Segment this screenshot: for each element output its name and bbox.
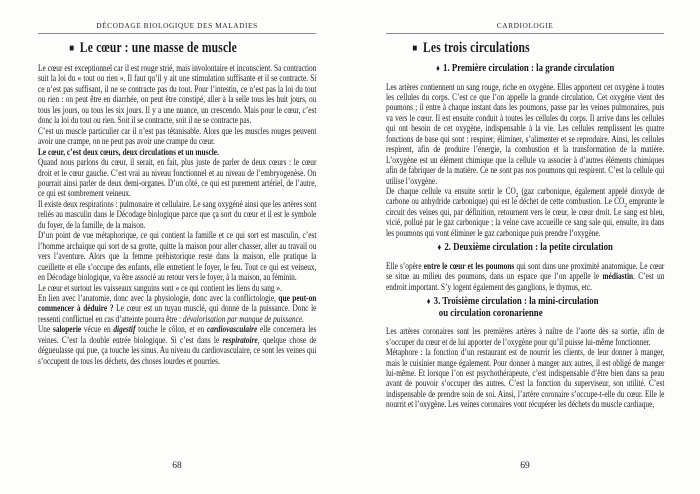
section-heading: ♦3. Troisième circulation : la mini-circ… [386, 296, 664, 319]
paragraph: Les artères contiennent un sang rouge, r… [386, 82, 664, 187]
chapter-title-text: Le cœur : une masse de muscle [80, 40, 237, 56]
page-left: DÉCODAGE BIOLOGIQUE DES MALADIES ■Le cœu… [38, 0, 316, 494]
paragraph: Il existe deux respirations : pulmonaire… [38, 199, 316, 230]
square-bullet-icon: ■ [69, 43, 74, 54]
page-right: CARDIOLOGIE ■Les trois circulations ♦1. … [386, 0, 664, 494]
paragraph: Métaphore : la fonction d’un restaurant … [386, 347, 664, 410]
page-number: 68 [38, 461, 316, 471]
paragraph: D’un point de vue métaphorique, ce qui c… [38, 230, 316, 282]
paragraph: Une saloperie vécue en digestif touche l… [38, 324, 316, 366]
paragraph: Le cœur, c’est deux cœurs, deux circulat… [38, 147, 316, 157]
section-heading-text: ou circulation coronarienne [439, 307, 543, 319]
section-heading: ♦2. Deuxième circulation : la petite cir… [386, 242, 664, 254]
paragraph: Quand nous parlons du cœur, il serait, e… [38, 157, 316, 199]
paragraph: Le cœur est exceptionnel car il est roug… [38, 63, 316, 126]
diamond-bullet-icon: ♦ [437, 242, 441, 252]
section-heading-text: 2. Deuxième circulation : la petite circ… [444, 241, 613, 253]
paragraph: Elle s’opère entre le cœur et les poumon… [386, 261, 664, 292]
chapter-title: ■Le cœur : une masse de muscle [38, 40, 316, 57]
running-head: CARDIOLOGIE [386, 21, 664, 30]
header-rule [386, 33, 664, 34]
section-heading-text: 3. Troisième circulation : la mini-circu… [434, 295, 599, 307]
page-content: ■Les trois circulations ♦1. Première cir… [386, 40, 664, 410]
page-number: 69 [386, 461, 664, 471]
header-rule [38, 33, 316, 34]
book-spread: DÉCODAGE BIOLOGIQUE DES MALADIES ■Le cœu… [0, 0, 700, 494]
paragraph: Le cœur et surtout les vaisseaux sanguin… [38, 283, 316, 293]
running-head: DÉCODAGE BIOLOGIQUE DES MALADIES [38, 21, 316, 30]
paragraph: De chaque cellule va ensuite sortir le C… [386, 186, 664, 238]
diamond-bullet-icon: ♦ [427, 296, 431, 306]
paragraph: Les artères coronaires sont les première… [386, 326, 664, 347]
section-heading-text: 1. Première circulation : la grande circ… [443, 62, 614, 74]
section-heading: ♦1. Première circulation : la grande cir… [386, 63, 664, 75]
diamond-bullet-icon: ♦ [436, 63, 440, 73]
page-body: ♦1. Première circulation : la grande cir… [386, 63, 664, 410]
chapter-title-text: Les trois circulations [423, 40, 530, 56]
paragraph: C’est un muscle particulier car il n’est… [38, 126, 316, 147]
paragraph: En lien avec l’anatomie, donc avec la ph… [38, 293, 316, 324]
chapter-title: ■Les trois circulations [386, 40, 664, 57]
square-bullet-icon: ■ [412, 43, 417, 54]
page-body: Le cœur est exceptionnel car il est roug… [38, 63, 316, 366]
page-content: ■Le cœur : une masse de muscle Le cœur e… [38, 40, 316, 366]
